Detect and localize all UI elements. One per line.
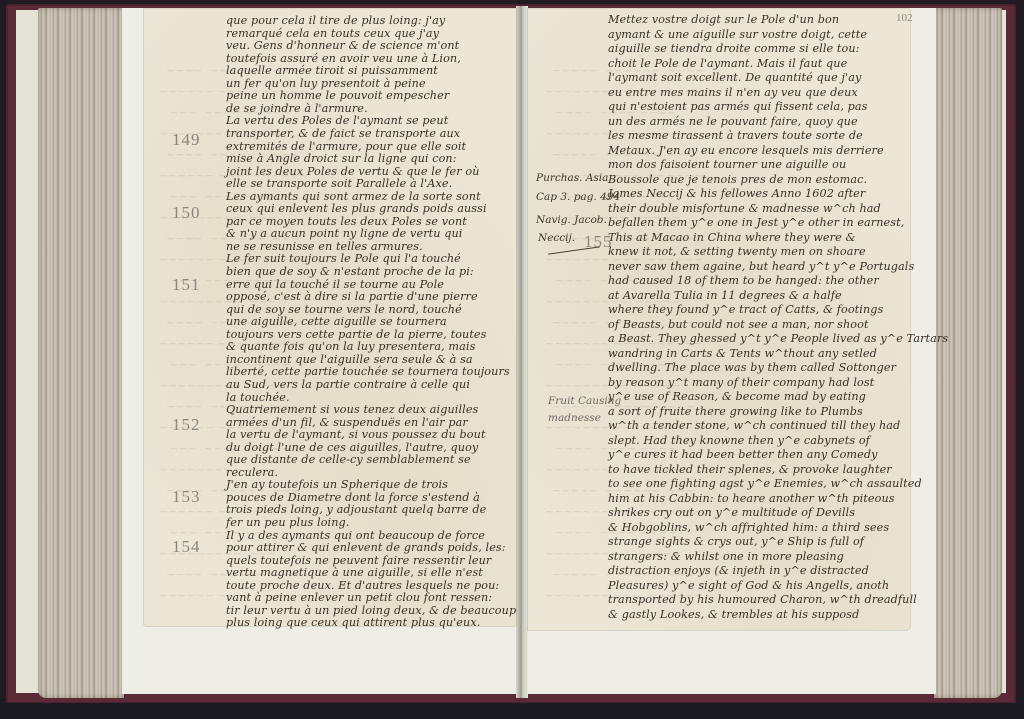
margin-citation-note: Purchas. Asia. <box>536 170 612 186</box>
left-page-text: que pour cela il tire de plus loing: j'a… <box>226 0 516 626</box>
background-shadow <box>0 703 1024 719</box>
manuscript-scan: ~~~~ ~~~~~~ ~~~ ~~~~~~ ~~~ ~~~~~~ ~~~ ~~… <box>0 0 1024 719</box>
margin-citation-note: Fruit Causing <box>548 393 621 409</box>
margin-citation-note: madnesse <box>548 410 601 426</box>
pencil-entry-number: 150 <box>172 203 201 223</box>
pencil-entry-number: 153 <box>172 487 201 507</box>
pencil-entry-number: 149 <box>172 130 201 150</box>
manuscript-line: & gastly Lookes, & trembles at his suppo… <box>608 607 859 623</box>
margin-citation-note: Neccij. <box>538 230 575 246</box>
margin-citation-note: Cap 3. pag. 494 <box>536 189 620 205</box>
pencil-entry-number: 154 <box>172 537 201 557</box>
book-gutter <box>516 6 528 698</box>
right-page-text: Mettez vostre doigt sur le Pole d'un bon… <box>608 0 908 630</box>
right-page-edges <box>934 8 1002 698</box>
pencil-entry-number: 151 <box>172 275 201 295</box>
pencil-entry-number: 152 <box>172 415 201 435</box>
manuscript-line: plus loing que ceux qui attirent plus qu… <box>226 615 480 631</box>
margin-citation-note: Navig. Jacob. <box>536 212 607 228</box>
left-page-edges <box>38 8 124 698</box>
